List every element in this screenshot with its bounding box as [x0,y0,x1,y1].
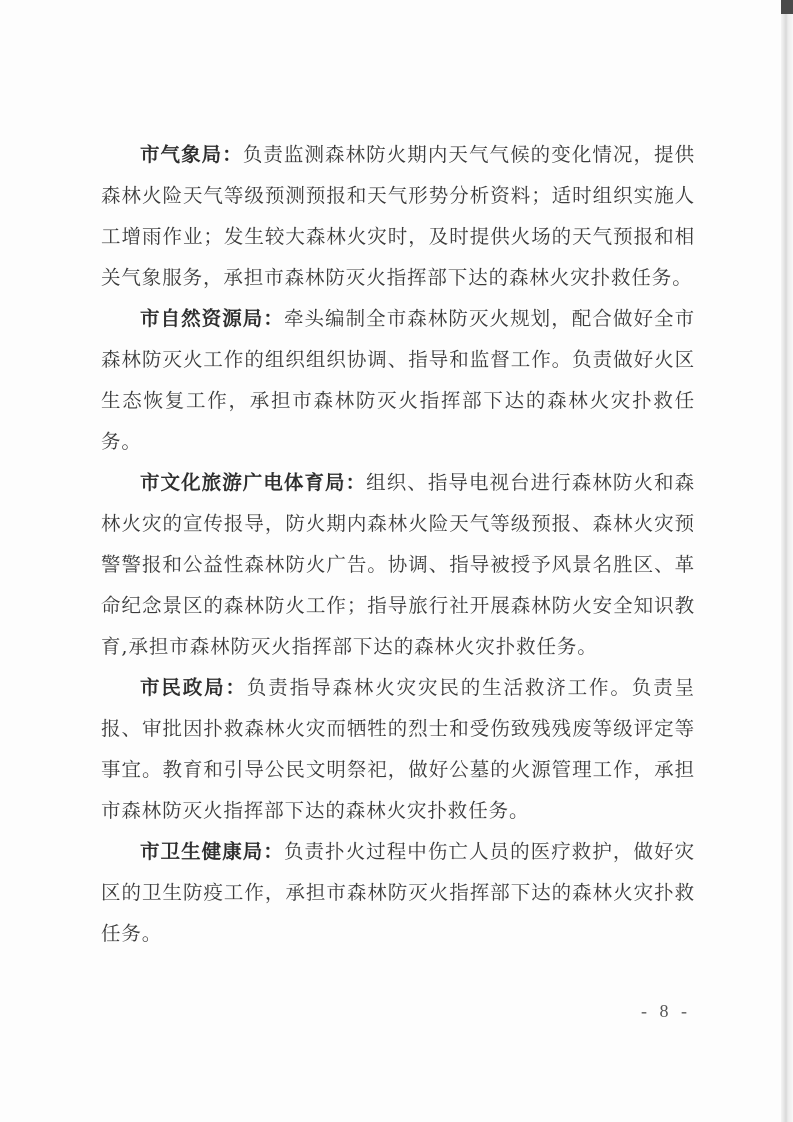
paragraph-heading: 市文化旅游广电体育局： [140,471,366,494]
document-page: 市气象局：负责监测森林防火期内天气气候的变化情况，提供森林火险天气等级预测预报和… [0,0,793,1122]
paragraph-natural-resources-bureau: 市自然资源局：牵头编制全市森林防灭火规划，配合做好全市森林防灭火工作的组织组织协… [101,298,695,462]
paragraph-health-bureau: 市卫生健康局：负责扑火过程中伤亡人员的医疗救护，做好灾区的卫生防疫工作，承担市森… [101,831,695,954]
paragraph-civil-affairs-bureau: 市民政局：负责指导森林火灾灾民的生活救济工作。负责呈报、审批因扑救森林火灾而牺牲… [101,667,695,831]
paragraph-heading: 市卫生健康局： [140,840,284,863]
paragraph-text: 组织、指导电视台进行森林防火和森林火灾的宣传报导，防火期内森林火险天气等级预报、… [101,471,695,658]
paragraph-heading: 市民政局： [140,676,247,699]
document-body: 市气象局：负责监测森林防火期内天气气候的变化情况，提供森林火险天气等级预测预报和… [101,134,695,954]
page-number: - 8 - [641,1001,691,1022]
paragraph-heading: 市自然资源局： [140,307,284,330]
paragraph-heading: 市气象局： [140,143,243,166]
scan-corner-mark [781,0,793,14]
paragraph-culture-tourism-bureau: 市文化旅游广电体育局：组织、指导电视台进行森林防火和森林火灾的宣传报导，防火期内… [101,462,695,667]
paragraph-meteorological-bureau: 市气象局：负责监测森林防火期内天气气候的变化情况，提供森林火险天气等级预测预报和… [101,134,695,298]
scan-shadow-edge [781,0,793,1122]
